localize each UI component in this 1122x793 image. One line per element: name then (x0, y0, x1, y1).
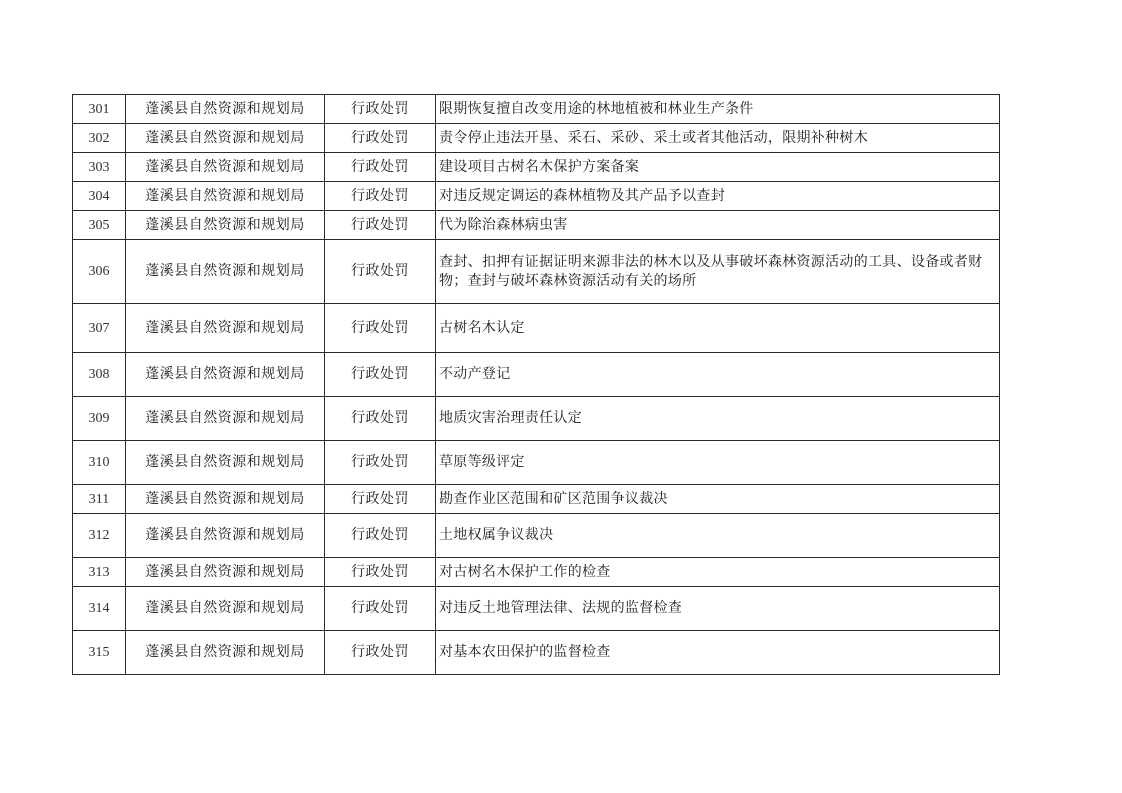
row-number: 311 (73, 485, 126, 514)
table-row: 306 蓬溪县自然资源和规划局 行政处罚 查封、扣押有证据证明来源非法的林木以及… (73, 240, 1000, 304)
department-cell: 蓬溪县自然资源和规划局 (126, 397, 325, 441)
department-cell: 蓬溪县自然资源和规划局 (126, 95, 325, 124)
item-name-cell: 对违反规定调运的森林植物及其产品予以查封 (436, 182, 1000, 211)
item-name-cell: 建设项目古树名木保护方案备案 (436, 153, 1000, 182)
table-row: 307 蓬溪县自然资源和规划局 行政处罚 古树名木认定 (73, 304, 1000, 353)
table-row: 308 蓬溪县自然资源和规划局 行政处罚 不动产登记 (73, 353, 1000, 397)
power-type-cell: 行政处罚 (325, 153, 436, 182)
item-name-cell: 对违反土地管理法律、法规的监督检查 (436, 587, 1000, 631)
department-cell: 蓬溪县自然资源和规划局 (126, 587, 325, 631)
table-row: 310 蓬溪县自然资源和规划局 行政处罚 草原等级评定 (73, 441, 1000, 485)
power-type-cell: 行政处罚 (325, 631, 436, 675)
department-cell: 蓬溪县自然资源和规划局 (126, 485, 325, 514)
power-type-cell: 行政处罚 (325, 124, 436, 153)
power-type-cell: 行政处罚 (325, 353, 436, 397)
item-name-cell: 责令停止违法开垦、采石、采砂、采土或者其他活动，限期补种树木 (436, 124, 1000, 153)
power-type-cell: 行政处罚 (325, 95, 436, 124)
power-type-cell: 行政处罚 (325, 587, 436, 631)
department-cell: 蓬溪县自然资源和规划局 (126, 153, 325, 182)
row-number: 305 (73, 211, 126, 240)
document-page: 301 蓬溪县自然资源和规划局 行政处罚 限期恢复擅自改变用途的林地植被和林业生… (0, 0, 1122, 793)
table-row: 309 蓬溪县自然资源和规划局 行政处罚 地质灾害治理责任认定 (73, 397, 1000, 441)
item-name-cell: 不动产登记 (436, 353, 1000, 397)
item-name-cell: 勘查作业区范围和矿区范围争议裁决 (436, 485, 1000, 514)
power-type-cell: 行政处罚 (325, 240, 436, 304)
item-name-cell: 地质灾害治理责任认定 (436, 397, 1000, 441)
item-name-cell: 古树名木认定 (436, 304, 1000, 353)
department-cell: 蓬溪县自然资源和规划局 (126, 211, 325, 240)
power-type-cell: 行政处罚 (325, 441, 436, 485)
item-name-cell: 对基本农田保护的监督检查 (436, 631, 1000, 675)
department-cell: 蓬溪县自然资源和规划局 (126, 514, 325, 558)
table-row: 304 蓬溪县自然资源和规划局 行政处罚 对违反规定调运的森林植物及其产品予以查… (73, 182, 1000, 211)
item-name-cell: 对古树名木保护工作的检查 (436, 558, 1000, 587)
power-type-cell: 行政处罚 (325, 182, 436, 211)
department-cell: 蓬溪县自然资源和规划局 (126, 240, 325, 304)
item-name-cell: 代为除治森林病虫害 (436, 211, 1000, 240)
row-number: 312 (73, 514, 126, 558)
department-cell: 蓬溪县自然资源和规划局 (126, 441, 325, 485)
row-number: 302 (73, 124, 126, 153)
item-name-cell: 限期恢复擅自改变用途的林地植被和林业生产条件 (436, 95, 1000, 124)
row-number: 307 (73, 304, 126, 353)
row-number: 301 (73, 95, 126, 124)
row-number: 308 (73, 353, 126, 397)
table-row: 313 蓬溪县自然资源和规划局 行政处罚 对古树名木保护工作的检查 (73, 558, 1000, 587)
table-row: 302 蓬溪县自然资源和规划局 行政处罚 责令停止违法开垦、采石、采砂、采土或者… (73, 124, 1000, 153)
table-row: 312 蓬溪县自然资源和规划局 行政处罚 土地权属争议裁决 (73, 514, 1000, 558)
table-row: 301 蓬溪县自然资源和规划局 行政处罚 限期恢复擅自改变用途的林地植被和林业生… (73, 95, 1000, 124)
department-cell: 蓬溪县自然资源和规划局 (126, 353, 325, 397)
power-type-cell: 行政处罚 (325, 304, 436, 353)
department-cell: 蓬溪县自然资源和规划局 (126, 304, 325, 353)
item-name-cell: 查封、扣押有证据证明来源非法的林木以及从事破坏森林资源活动的工具、设备或者财物；… (436, 240, 1000, 304)
power-type-cell: 行政处罚 (325, 514, 436, 558)
power-type-cell: 行政处罚 (325, 211, 436, 240)
row-number: 314 (73, 587, 126, 631)
row-number: 303 (73, 153, 126, 182)
power-type-cell: 行政处罚 (325, 558, 436, 587)
table-row: 303 蓬溪县自然资源和规划局 行政处罚 建设项目古树名木保护方案备案 (73, 153, 1000, 182)
department-cell: 蓬溪县自然资源和规划局 (126, 124, 325, 153)
power-type-cell: 行政处罚 (325, 485, 436, 514)
table-row: 311 蓬溪县自然资源和规划局 行政处罚 勘查作业区范围和矿区范围争议裁决 (73, 485, 1000, 514)
power-list-table: 301 蓬溪县自然资源和规划局 行政处罚 限期恢复擅自改变用途的林地植被和林业生… (72, 94, 1000, 675)
row-number: 313 (73, 558, 126, 587)
table-row: 305 蓬溪县自然资源和规划局 行政处罚 代为除治森林病虫害 (73, 211, 1000, 240)
table-row: 314 蓬溪县自然资源和规划局 行政处罚 对违反土地管理法律、法规的监督检查 (73, 587, 1000, 631)
row-number: 306 (73, 240, 126, 304)
row-number: 309 (73, 397, 126, 441)
department-cell: 蓬溪县自然资源和规划局 (126, 631, 325, 675)
department-cell: 蓬溪县自然资源和规划局 (126, 182, 325, 211)
power-type-cell: 行政处罚 (325, 397, 436, 441)
table-row: 315 蓬溪县自然资源和规划局 行政处罚 对基本农田保护的监督检查 (73, 631, 1000, 675)
department-cell: 蓬溪县自然资源和规划局 (126, 558, 325, 587)
item-name-cell: 土地权属争议裁决 (436, 514, 1000, 558)
row-number: 304 (73, 182, 126, 211)
row-number: 310 (73, 441, 126, 485)
item-name-cell: 草原等级评定 (436, 441, 1000, 485)
row-number: 315 (73, 631, 126, 675)
